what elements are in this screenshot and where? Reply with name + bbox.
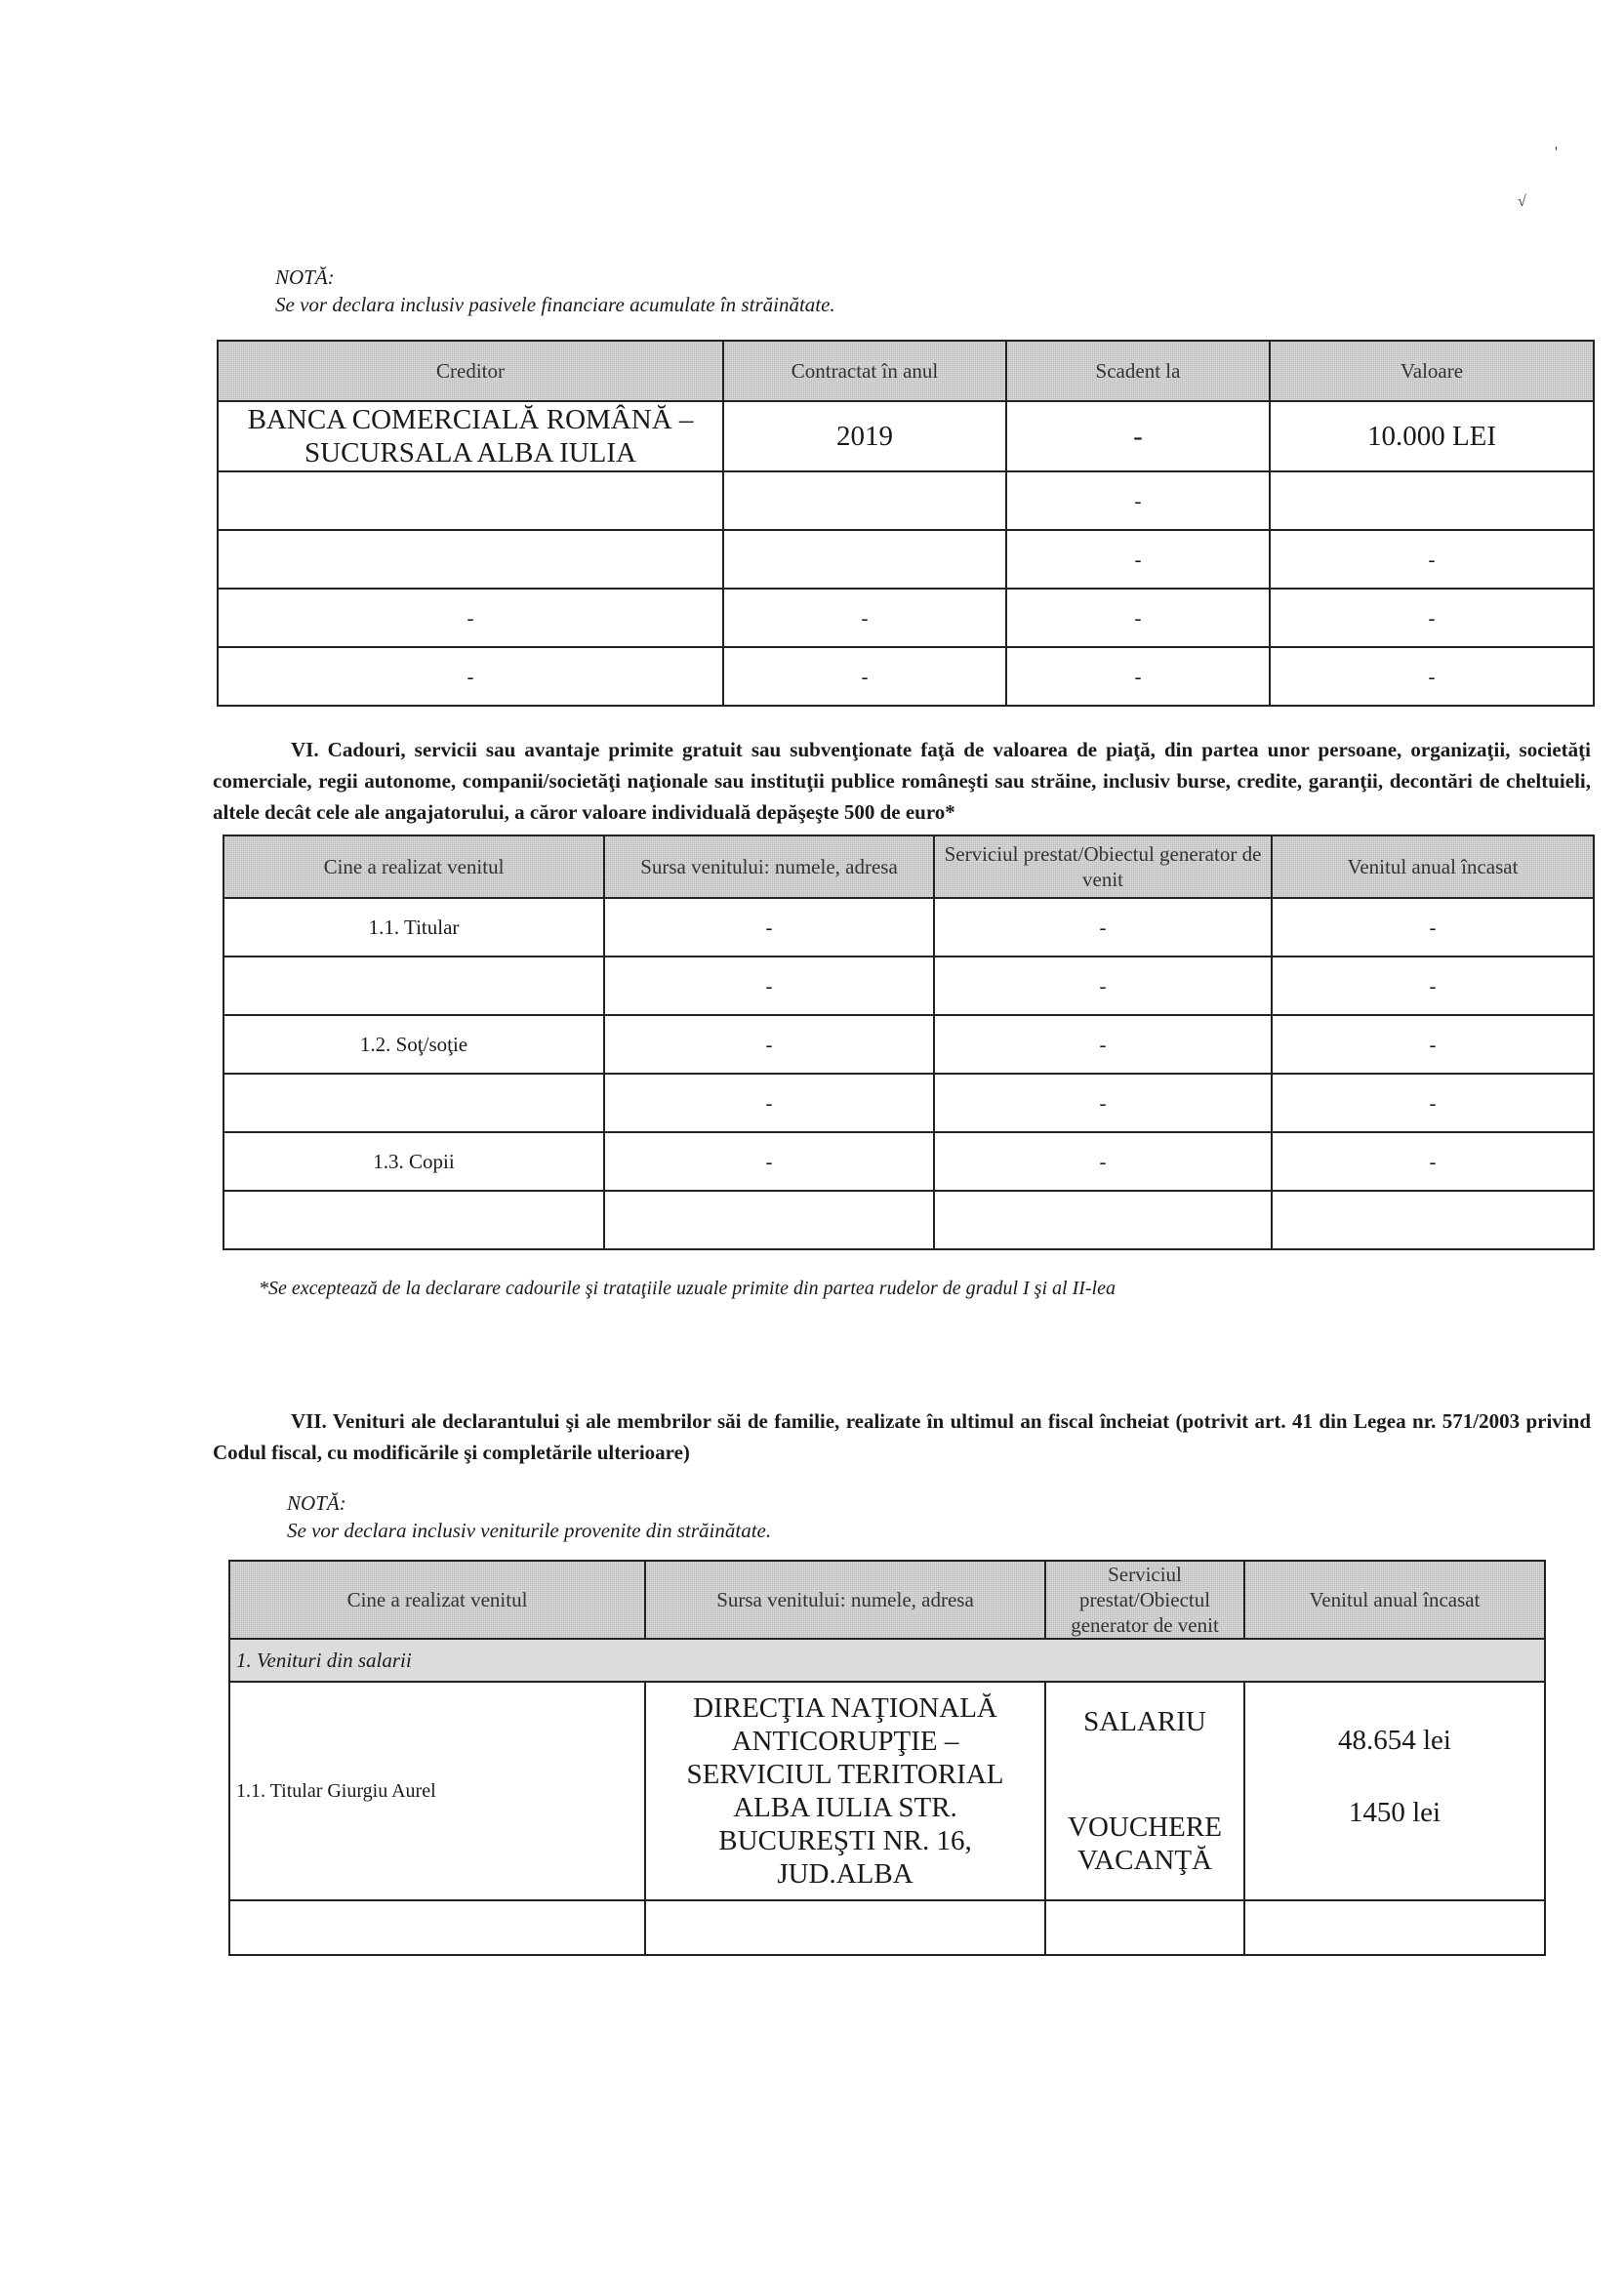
income-salary: 48.654 lei	[1245, 1724, 1544, 1757]
note-label: NOTĂ:	[287, 1489, 346, 1517]
table-row: - - -	[223, 1074, 1594, 1132]
table-row: 1.1. Titular Giurgiu Aurel DIRECŢIA NAŢI…	[229, 1682, 1545, 1900]
section-vii-heading: VII. Venituri ale declarantului şi ale m…	[213, 1405, 1591, 1468]
col-source: Sursa venitului: numele, adresa	[604, 835, 934, 898]
table-row: - -	[218, 530, 1594, 589]
due-cell: -	[1006, 401, 1270, 471]
note-label: NOTĂ:	[275, 264, 335, 291]
table-row	[223, 1191, 1594, 1249]
gifts-table: Cine a realizat venitul Sursa venitului:…	[223, 835, 1595, 1250]
col-who: Cine a realizat venitul	[223, 835, 604, 898]
creditor-cell: BANCA COMERCIALĂ ROMÂNĂ – SUCURSALA ALBA…	[218, 401, 723, 471]
col-value: Valoare	[1270, 341, 1594, 401]
col-source: Sursa venitului: numele, adresa	[645, 1561, 1045, 1639]
table-row	[229, 1900, 1545, 1955]
debts-table: Creditor Contractat în anul Scadent la V…	[217, 340, 1595, 707]
year-cell: 2019	[723, 401, 1006, 471]
income-vouchers: 1450 lei	[1245, 1796, 1544, 1829]
table-row: - - - -	[218, 589, 1594, 647]
table-row: 1.3. Copii - - -	[223, 1132, 1594, 1191]
income-table: Cine a realizat venitul Sursa venitului:…	[228, 1560, 1546, 1956]
income-cell: 48.654 lei 1450 lei	[1244, 1682, 1545, 1900]
service-salary: SALARIU	[1046, 1705, 1243, 1738]
col-income: Venitul anual încasat	[1272, 835, 1594, 898]
table-row: -	[218, 471, 1594, 530]
note-text: Se vor declara inclusiv veniturile prove…	[287, 1517, 771, 1544]
col-income: Venitul anual încasat	[1244, 1561, 1545, 1639]
scan-mark: '	[1555, 144, 1558, 162]
source-cell: DIRECŢIA NAŢIONALĂ ANTICORUPŢIE – SERVIC…	[645, 1682, 1045, 1900]
table-row: 1.1. Titular - - -	[223, 898, 1594, 957]
col-who: Cine a realizat venitul	[229, 1561, 645, 1639]
table-row: 1.2. Soţ/soţie - - -	[223, 1015, 1594, 1074]
note-text: Se vor declara inclusiv pasivele financi…	[275, 291, 835, 318]
table-row: - - - -	[218, 647, 1594, 706]
table-row: - - -	[223, 957, 1594, 1015]
service-vouchers: VOUCHERE VACANŢĂ	[1046, 1811, 1243, 1877]
col-service: Serviciul prestat/Obiectul generator de …	[1045, 1561, 1244, 1639]
col-service: Serviciul prestat/Obiectul generator de …	[934, 835, 1272, 898]
salary-subheader: 1. Venituri din salarii	[229, 1639, 1545, 1682]
col-due: Scadent la	[1006, 341, 1270, 401]
table-row: BANCA COMERCIALĂ ROMÂNĂ – SUCURSALA ALBA…	[218, 401, 1594, 471]
check-mark-icon: √	[1518, 193, 1526, 211]
section-vi-heading: VI. Cadouri, servicii sau avantaje primi…	[213, 734, 1591, 828]
col-contract-year: Contractat în anul	[723, 341, 1006, 401]
value-cell: 10.000 LEI	[1270, 401, 1594, 471]
service-cell: SALARIU VOUCHERE VACANŢĂ	[1045, 1682, 1244, 1900]
gifts-footnote: *Se exceptează de la declarare cadourile…	[259, 1275, 1116, 1302]
who-cell: 1.1. Titular Giurgiu Aurel	[229, 1682, 645, 1900]
col-creditor: Creditor	[218, 341, 723, 401]
